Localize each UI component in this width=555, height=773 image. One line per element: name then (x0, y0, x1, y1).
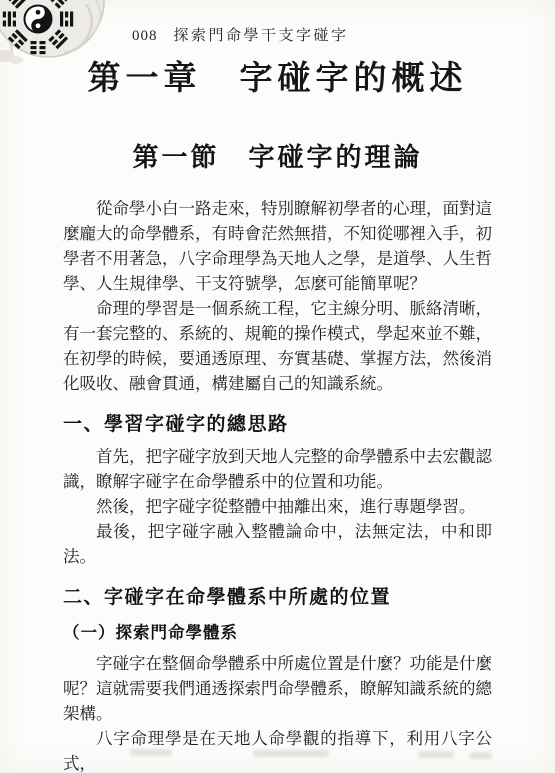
book-page: 008探索門命學干支字碰字 第一章 字碰字的概述 第一節 字碰字的理論 從命學小… (0, 0, 555, 773)
paragraph: 最後，把字碰字融入整體論命中，法無定法，中和即法。 (63, 519, 492, 569)
paragraph: 然後，把字碰字從整體中抽離出來，進行專題學習。 (63, 494, 492, 519)
body-text: 從命學小白一路走來，特別瞭解初學者的心理，面對這麼龐大的命學體系，有時會茫然無措… (63, 196, 492, 773)
section-title: 第一節 字碰字的理論 (0, 137, 555, 174)
running-title: 探索門命學干支字碰字 (174, 28, 349, 44)
paragraph: 首先，把字碰字放到天地人完整的命學體系中去宏觀認識，瞭解字碰字在命學體系中的位置… (63, 444, 492, 494)
paragraph: 從命學小白一路走來，特別瞭解初學者的心理，面對這麼龐大的命學體系，有時會茫然無措… (63, 196, 492, 296)
subheading-tansuomen-system: （一）探索門命學體系 (63, 621, 492, 646)
bleed-through-artifact (418, 751, 454, 758)
chapter-title: 第一章 字碰字的概述 (0, 52, 555, 99)
heading-position-in-system: 二、字碰字在命學體系中所處的位置 (63, 585, 492, 610)
bleed-through-artifact (130, 749, 172, 756)
bleed-through-artifact (470, 752, 492, 759)
page-number: 008 (132, 28, 158, 44)
bleed-through-artifact (253, 750, 329, 757)
running-header: 008探索門命學干支字碰字 (132, 24, 349, 45)
heading-learning-approach: 一、學習字碰字的總思路 (63, 412, 492, 437)
paragraph: 字碰字在整個命學體系中所處位置是什麼？功能是什麼呢？這就需要我們通透探索門命學體… (63, 651, 492, 726)
paragraph: 命理的學習是一個系統工程，它主線分明、脈絡清晰，有一套完整的、系統的、規範的操作… (63, 296, 492, 396)
